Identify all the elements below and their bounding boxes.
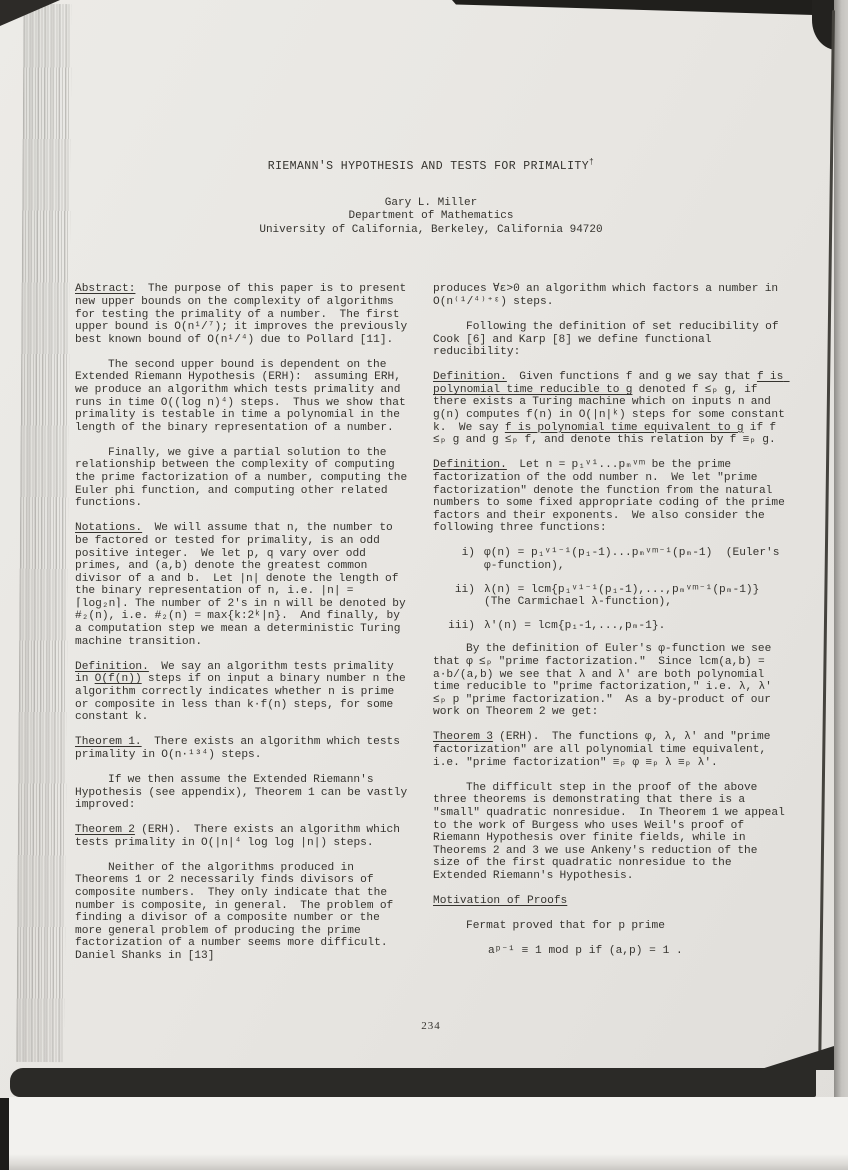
neither-paragraph: Neither of the algorithms produced in Th… xyxy=(75,862,411,963)
item-formula-carmichael: λ(n) = lcm{p₁ᵛ¹⁻¹(p₁-1),...,pₘᵛᵐ⁻¹(pₘ-1)… xyxy=(484,584,787,609)
euler-reduction-paragraph: By the definition of Euler's φ-function … xyxy=(433,643,787,719)
notations-text: We will assume that n, the number to be … xyxy=(75,522,412,647)
function-item-euler: i) φ(n) = p₁ᵛ¹⁻¹(p₁-1)...pₘᵛᵐ⁻¹(pₘ-1) (E… xyxy=(433,547,787,572)
footnote-marker: † xyxy=(589,158,594,167)
page-title: RIEMANN'S HYPOTHESIS AND TESTS FOR PRIMA… xyxy=(75,158,787,173)
finally-paragraph: Finally, we give a partial solution to t… xyxy=(75,447,411,510)
theorem1-heading: Theorem 1. xyxy=(75,736,142,748)
page-bottom-edge-shadow xyxy=(10,1068,816,1097)
motivation-section-heading: Motivation of Proofs xyxy=(433,895,787,908)
page-right-edge xyxy=(834,0,848,1170)
notations-paragraph: Notations. We will assume that n, the nu… xyxy=(75,522,411,648)
scan-top-edge-shadow xyxy=(452,0,848,16)
motivation-heading-text: Motivation of Proofs xyxy=(433,895,567,907)
definition3-heading: Definition. xyxy=(433,459,507,471)
right-column: produces ∀ε>0 an algorithm which factors… xyxy=(433,283,787,975)
difficult-step-paragraph: The difficult step in the proof of the a… xyxy=(433,782,787,883)
fermat-paragraph: Fermat proved that for p prime xyxy=(433,920,787,933)
abstract-heading: Abstract: xyxy=(75,283,135,295)
produces-paragraph: produces ∀ε>0 an algorithm which factors… xyxy=(433,283,787,308)
function-item-carmichael: ii) λ(n) = lcm{p₁ᵛ¹⁻¹(p₁-1),...,pₘᵛᵐ⁻¹(p… xyxy=(433,584,787,609)
theorem3-paragraph: Theorem 3 (ERH). The functions φ, λ, λ' … xyxy=(433,731,787,769)
item-label-i: i) xyxy=(433,547,475,572)
scan-bottom-left-strip xyxy=(0,1098,9,1170)
second-bound-paragraph: The second upper bound is dependent on t… xyxy=(75,359,411,435)
author-block: Gary L. Miller Department of Mathematics… xyxy=(75,197,787,238)
def1-segment1: Given functions f and g we say that xyxy=(507,371,757,383)
underlying-page-surface xyxy=(9,1097,848,1170)
scanned-paper-page: RIEMANN'S HYPOTHESIS AND TESTS FOR PRIMA… xyxy=(0,0,848,1170)
item-formula-euler: φ(n) = p₁ᵛ¹⁻¹(p₁-1)...pₘᵛᵐ⁻¹(pₘ-1) (Eule… xyxy=(484,547,787,572)
theorem1-paragraph: Theorem 1. There exists an algorithm whi… xyxy=(75,736,411,761)
title-text: RIEMANN'S HYPOTHESIS AND TESTS FOR PRIMA… xyxy=(268,160,589,173)
theorem2-paragraph: Theorem 2 (ERH). There exists an algorit… xyxy=(75,824,411,849)
scan-corner-shadow xyxy=(0,0,60,26)
reducibility-definition-paragraph: Definition. Given functions f and g we s… xyxy=(433,371,787,447)
author-name: Gary L. Miller xyxy=(75,197,787,211)
item-label-ii: ii) xyxy=(433,584,475,609)
scan-bottom-right-shadow xyxy=(758,1046,834,1070)
definition-heading: Definition. xyxy=(75,661,149,673)
definition-paragraph: Definition. We say an algorithm tests pr… xyxy=(75,661,411,724)
definition-term: O(f(n)) xyxy=(95,673,142,685)
left-column: Abstract: The purpose of this paper is t… xyxy=(75,283,411,975)
page-number: 234 xyxy=(75,1020,787,1032)
following-paragraph: Following the definition of set reducibi… xyxy=(433,321,787,359)
def1-underlined-phrase2: f is polynomial time equivalent to g xyxy=(505,422,744,434)
item-label-iii: iii) xyxy=(433,620,475,633)
item-formula-lambda-prime: λ'(n) = lcm{p₁-1,...,pₘ-1}. xyxy=(484,620,787,633)
theorem3-heading: Theorem 3 xyxy=(433,731,493,743)
abstract-paragraph: Abstract: The purpose of this paper is t… xyxy=(75,283,411,346)
function-item-lambda-prime: iii) λ'(n) = lcm{p₁-1,...,pₘ-1}. xyxy=(433,620,787,633)
author-department: Department of Mathematics xyxy=(75,210,787,224)
fermat-formula: aᵖ⁻¹ ≡ 1 mod p if (a,p) = 1 . xyxy=(433,945,787,958)
theorem2-heading: Theorem 2 xyxy=(75,824,135,836)
page-content: RIEMANN'S HYPOTHESIS AND TESTS FOR PRIMA… xyxy=(75,158,787,975)
definition2-heading: Definition. xyxy=(433,371,507,383)
page-edge-line xyxy=(818,10,835,1062)
author-affiliation: University of California, Berkeley, Cali… xyxy=(75,224,787,238)
two-column-body: Abstract: The purpose of this paper is t… xyxy=(75,283,787,975)
factorization-definition-paragraph: Definition. Let n = p₁ᵛ¹...pₘᵛᵐ be the p… xyxy=(433,459,787,535)
notations-heading: Notations. xyxy=(75,522,142,534)
book-binding-texture xyxy=(16,4,71,1062)
erh-assume-paragraph: If we then assume the Extended Riemann's… xyxy=(75,774,411,812)
